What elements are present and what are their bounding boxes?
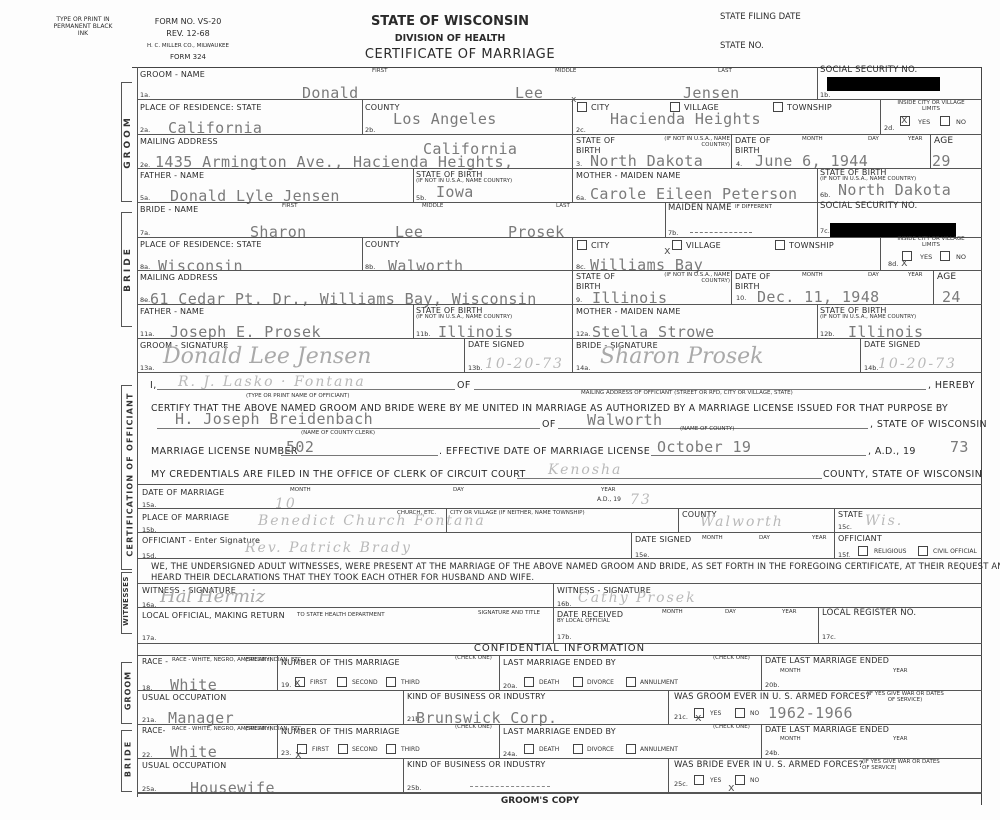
state-of-wisconsin-label: , STATE OF WISCONSIN bbox=[870, 419, 987, 430]
bride-age-label: AGE bbox=[937, 272, 956, 282]
field-23: 23. bbox=[281, 749, 291, 757]
divider bbox=[761, 655, 762, 690]
officiant-signature-label: OFFICIANT - Enter Signature bbox=[142, 536, 260, 545]
divider bbox=[572, 100, 573, 134]
groom-mother-name[interactable]: Carole Eileen Peterson bbox=[590, 185, 797, 203]
bride-township-label: TOWNSHIP bbox=[789, 241, 834, 250]
divider bbox=[817, 304, 818, 338]
field-7b: 7b. bbox=[668, 229, 678, 237]
bride-last-year-label: YEAR bbox=[893, 737, 907, 743]
bride-first-label: FIRST bbox=[282, 204, 297, 210]
bride-occupation-label: USUAL OCCUPATION bbox=[142, 761, 226, 770]
bride-residence-label: PLACE OF RESIDENCE: STATE bbox=[140, 240, 262, 249]
ad19-label: A.D., 19 bbox=[597, 497, 621, 503]
confidential-title: CONFIDENTIAL INFORMATION bbox=[137, 643, 982, 654]
groom-ended-check-one: (CHECK ONE) bbox=[713, 656, 750, 662]
field-20b: 20b. bbox=[765, 681, 779, 689]
groom-city-check-mark: x bbox=[571, 95, 576, 105]
divider bbox=[572, 134, 573, 168]
divider bbox=[834, 532, 835, 558]
county-hint: (NAME OF COUNTY) bbox=[680, 427, 734, 433]
grid-left-border bbox=[137, 67, 138, 797]
bride-second-marriage-checkbox[interactable] bbox=[338, 744, 348, 754]
divider bbox=[464, 338, 465, 372]
divider bbox=[137, 99, 982, 100]
bride-armed-forces-label: WAS BRIDE EVER IN U. S. ARMED FORCES? bbox=[674, 760, 863, 770]
marriage-month-label: MONTH bbox=[290, 488, 311, 494]
groom-age-label: AGE bbox=[934, 136, 953, 146]
bride-last-ended-label: LAST MARRIAGE ENDED BY bbox=[503, 727, 616, 736]
officiant-name-handwritten[interactable]: R. J. Lasko · Fontana bbox=[178, 374, 366, 390]
divider bbox=[860, 338, 861, 372]
middle-label: MIDDLE bbox=[555, 69, 576, 75]
divider bbox=[362, 237, 363, 270]
state-filing-date-label: STATE FILING DATE bbox=[720, 12, 801, 22]
copy-label: GROOM'S COPY bbox=[470, 796, 610, 806]
groom-race-label: RACE - bbox=[142, 657, 168, 666]
county-clerk-name[interactable]: H. Joseph Breidenbach bbox=[175, 410, 373, 428]
groom-name-label: GROOM - NAME bbox=[140, 70, 205, 79]
form-bottom-border bbox=[137, 792, 982, 794]
field-5b: 5b. bbox=[416, 194, 426, 202]
groom-second-marriage-checkbox[interactable] bbox=[337, 677, 347, 687]
groom-armed-yes-label: YES bbox=[710, 711, 721, 717]
field-1a: 1a. bbox=[140, 91, 150, 99]
field-3: 3. bbox=[576, 160, 582, 168]
bride-armed-yes-checkbox[interactable] bbox=[694, 775, 704, 785]
bride-last-label: LAST bbox=[556, 204, 570, 210]
field-11b: 11b. bbox=[416, 330, 430, 338]
ink-instructions: TYPE OR PRINT IN PERMANENT BLACK INK bbox=[48, 17, 118, 38]
officiant-signature[interactable]: Rev. Patrick Brady bbox=[245, 540, 412, 556]
marriage-year-label: YEAR bbox=[601, 488, 615, 494]
groom-last-year-label: YEAR bbox=[893, 669, 907, 675]
divider bbox=[678, 508, 679, 532]
place-of-marriage[interactable]: Benedict Church Fontana bbox=[258, 513, 486, 529]
hereby-label: , HEREBY bbox=[928, 380, 975, 391]
field-25b: 25b. bbox=[407, 784, 421, 792]
divider bbox=[137, 558, 982, 559]
day-label: DAY bbox=[868, 137, 879, 143]
officiant-of-label: OF bbox=[457, 380, 471, 391]
witness1-signature[interactable]: Hal Hermiz bbox=[160, 586, 265, 607]
divider bbox=[817, 168, 818, 202]
clerk-line bbox=[157, 428, 540, 429]
bride-second-label: SECOND bbox=[352, 747, 378, 753]
field-1b: 1b. bbox=[820, 91, 830, 99]
field-2b: 2b. bbox=[365, 126, 375, 134]
place-of-marriage-label: PLACE OF MARRIAGE bbox=[142, 513, 229, 522]
officiant-address-hint: MAILING ADDRESS OF OFFICIANT (STREET OR … bbox=[581, 391, 793, 397]
by-local-official-label: BY LOCAL OFFICIAL bbox=[557, 619, 610, 625]
witness-statement-line1: WE, THE UNDERSIGNED ADULT WITNESSES, WER… bbox=[151, 561, 1000, 571]
divider bbox=[277, 655, 278, 690]
bride-occupation[interactable]: Housewife bbox=[190, 779, 275, 797]
divider bbox=[933, 270, 934, 304]
groom-death-label: DEATH bbox=[539, 680, 559, 686]
license-number-label: MARRIAGE LICENSE NUMBER bbox=[151, 446, 298, 457]
divider bbox=[137, 690, 982, 691]
officiant-name-hint: (TYPE OR PRINT NAME OF OFFICIANT) bbox=[246, 394, 350, 400]
field-8d: 8d. bbox=[888, 260, 898, 268]
divider bbox=[137, 270, 982, 271]
religious-checkbox[interactable] bbox=[858, 546, 868, 556]
bride-village-label: VILLAGE bbox=[686, 241, 721, 250]
date-of-marriage-label: DATE OF MARRIAGE bbox=[142, 488, 224, 497]
divider bbox=[665, 202, 666, 237]
groom-city-checkbox[interactable] bbox=[577, 102, 587, 112]
field-20a: 20a. bbox=[503, 682, 517, 690]
bride-mother-label: MOTHER - MAIDEN NAME bbox=[576, 307, 681, 316]
groom-business-label: KIND OF BUSINESS OR INDUSTRY bbox=[407, 692, 546, 701]
state-no-label: STATE NO. bbox=[720, 41, 764, 51]
bride-first-check-mark: x bbox=[295, 748, 302, 761]
groom-side-label: GROOM bbox=[123, 112, 133, 172]
bride-maiden-dashes[interactable] bbox=[690, 232, 752, 233]
field-11a: 11a. bbox=[140, 330, 154, 338]
field-13a: 13a. bbox=[140, 364, 154, 372]
witness2-signature[interactable]: Cathy Prosek bbox=[578, 590, 697, 606]
ad-label: , A.D., 19 bbox=[868, 446, 916, 457]
officiant-day-label: DAY bbox=[759, 536, 770, 542]
bride-check-one: (CHECK ONE) bbox=[455, 725, 492, 731]
groom-confidential-side-label: GROOM bbox=[124, 661, 133, 721]
groom-father-birth[interactable]: Iowa bbox=[436, 183, 474, 201]
bride-ended-check-one: (CHECK ONE) bbox=[713, 725, 750, 731]
field-2c: 2c. bbox=[576, 126, 586, 134]
bride-inside-limits-no-checkbox[interactable] bbox=[940, 251, 950, 261]
bride-armed-no-checkbox[interactable] bbox=[735, 775, 745, 785]
groom-divorce-label: DIVORCE bbox=[587, 680, 614, 686]
divider bbox=[413, 304, 414, 338]
bride-county[interactable]: Walworth bbox=[388, 257, 463, 275]
yes-label: YES bbox=[918, 119, 930, 126]
divider bbox=[668, 758, 669, 792]
printer-name: H. C. MILLER CO., MILWAUKEE bbox=[118, 43, 258, 49]
groom-city[interactable]: Hacienda Heights bbox=[610, 110, 761, 128]
groom-date-last-ended-label: DATE LAST MARRIAGE ENDED bbox=[765, 656, 889, 665]
bride-township-checkbox[interactable] bbox=[775, 240, 785, 250]
field-24a: 24a. bbox=[503, 750, 517, 758]
bride-yes-label: YES bbox=[920, 254, 932, 261]
field-21c: 21c. bbox=[674, 713, 688, 721]
groom-last-ended-label: LAST MARRIAGE ENDED BY bbox=[503, 658, 616, 667]
divider bbox=[362, 100, 363, 134]
bride-county-label: COUNTY bbox=[365, 240, 400, 249]
bride-business-dashes[interactable] bbox=[470, 786, 550, 787]
bride-death-checkbox[interactable] bbox=[524, 744, 534, 754]
field-24b: 24b. bbox=[765, 749, 779, 757]
divider bbox=[880, 100, 881, 134]
bride-divorce-checkbox[interactable] bbox=[573, 744, 583, 754]
credentials-statement: MY CREDENTIALS ARE FILED IN THE OFFICE O… bbox=[151, 469, 526, 480]
divider bbox=[403, 690, 404, 724]
divider bbox=[834, 508, 835, 532]
bride-month-label: MONTH bbox=[802, 273, 823, 279]
divider bbox=[137, 237, 982, 238]
groom-armed-yes-check-mark: x bbox=[695, 711, 702, 724]
page-title: CERTIFICATE OF MARRIAGE bbox=[330, 47, 590, 62]
groom-occupation-label: USUAL OCCUPATION bbox=[142, 693, 226, 702]
divider bbox=[572, 168, 573, 202]
groom-inside-limits-no-checkbox[interactable] bbox=[940, 116, 950, 126]
divider bbox=[631, 532, 632, 558]
groom-third-label: THIRD bbox=[401, 680, 420, 686]
officiant-side-label: CERTIFICATION OF OFFICIANT bbox=[126, 385, 135, 565]
bride-middle-name[interactable]: Lee bbox=[395, 223, 423, 241]
form-revision: REV. 12-68 bbox=[148, 29, 228, 38]
bride-third-label: THIRD bbox=[401, 747, 420, 753]
first-label: FIRST bbox=[372, 69, 387, 75]
groom-if-yes-hint: (IF YES GIVE WAR OR DATES OF SERVICE) bbox=[865, 692, 945, 704]
marriage-day-label: DAY bbox=[453, 488, 464, 494]
bride-mailing-label: MAILING ADDRESS bbox=[140, 273, 218, 282]
field-12b: 12b. bbox=[820, 330, 834, 338]
divider bbox=[572, 338, 573, 372]
divider bbox=[137, 134, 982, 135]
credentials-line bbox=[517, 478, 822, 479]
month-label: MONTH bbox=[802, 137, 823, 143]
bride-race-label: RACE- bbox=[142, 726, 166, 735]
state-heading: STATE OF WISCONSIN bbox=[330, 14, 570, 29]
groom-first-check-mark: x bbox=[294, 676, 301, 689]
groom-armed-no-checkbox[interactable] bbox=[735, 708, 745, 718]
last-label: LAST bbox=[718, 69, 732, 75]
field-15c: 15c. bbox=[838, 523, 852, 531]
groom-race[interactable]: White bbox=[170, 676, 217, 694]
divider bbox=[137, 484, 982, 485]
clerk-of-label: OF bbox=[542, 419, 556, 430]
field-14b: 14b. bbox=[864, 364, 878, 372]
bride-first-label: FIRST bbox=[312, 747, 329, 753]
field-5a: 5a. bbox=[140, 194, 150, 202]
license-number[interactable]: 502 bbox=[286, 438, 314, 456]
divider bbox=[137, 372, 982, 373]
bride-number-marriage-label: NUMBER OF THIS MARRIAGE bbox=[281, 727, 400, 736]
officiant-year-label: YEAR bbox=[812, 536, 826, 542]
county-state-label: COUNTY, STATE OF WISCONSIN bbox=[823, 469, 982, 480]
field-17a: 17a. bbox=[142, 634, 156, 642]
divider bbox=[817, 67, 818, 100]
groom-check-one: (CHECK ONE) bbox=[455, 656, 492, 662]
division-heading: DIVISION OF HEALTH bbox=[330, 33, 570, 44]
divider bbox=[553, 583, 554, 607]
effective-date-label: . EFFECTIVE DATE OF MARRIAGE LICENSE bbox=[439, 446, 650, 457]
bride-specify: (SPECIFY) bbox=[245, 727, 272, 733]
field-2a: 2a. bbox=[140, 126, 150, 134]
field-7c: 7c. bbox=[820, 227, 830, 235]
local-register-label: LOCAL REGISTER NO. bbox=[822, 608, 916, 618]
field-9: 9. bbox=[576, 296, 582, 304]
bride-father-label: FATHER - NAME bbox=[140, 307, 204, 316]
groom-mother-birth[interactable]: North Dakota bbox=[838, 181, 951, 199]
bride-mother-if-not-usa: (IF NOT IN U.S.A., NAME COUNTRY) bbox=[820, 315, 916, 321]
officiant-type-label: OFFICIANT bbox=[838, 534, 882, 543]
bride-signature[interactable]: Sharon Prosek bbox=[600, 344, 764, 369]
divider bbox=[572, 270, 573, 304]
received-month-label: MONTH bbox=[662, 610, 683, 616]
field-12a: 12a. bbox=[576, 330, 590, 338]
bride-annulment-label: ANNULMENT bbox=[640, 747, 678, 753]
divider bbox=[277, 724, 278, 758]
bride-death-label: DEATH bbox=[539, 747, 559, 753]
place-county[interactable]: Walworth bbox=[700, 514, 784, 530]
divider bbox=[880, 237, 881, 270]
groom-first-label: FIRST bbox=[310, 680, 327, 686]
bride-if-not-usa: (IF NOT IN U.S.A., NAME COUNTRY) bbox=[664, 273, 730, 285]
groom-city-label: CITY bbox=[591, 103, 610, 112]
divider bbox=[553, 607, 554, 643]
received-year-label: YEAR bbox=[782, 610, 796, 616]
groom-ssn-label: SOCIAL SECURITY NO. bbox=[820, 65, 917, 75]
groom-armed-forces-label: WAS GROOM EVER IN U. S. ARMED FORCES? bbox=[674, 692, 870, 702]
marriage-year[interactable]: 73 bbox=[630, 492, 652, 508]
bride-if-different: IF DIFFERENT bbox=[735, 205, 772, 211]
bride-date-signed-label: DATE SIGNED bbox=[864, 340, 920, 349]
divider bbox=[572, 304, 573, 338]
groom-inside-yes-check-mark: x bbox=[901, 113, 908, 126]
divider bbox=[930, 134, 931, 168]
field-14a: 14a. bbox=[576, 364, 590, 372]
bride-ssn-redacted bbox=[830, 223, 956, 237]
divider bbox=[499, 655, 500, 690]
field-17c: 17c. bbox=[822, 633, 836, 641]
to-state-health-label: TO STATE HEALTH DEPARTMENT bbox=[297, 613, 385, 619]
groom-specify: (SPECIFY) bbox=[245, 658, 272, 664]
bride-city-label: CITY bbox=[591, 241, 610, 250]
field-17b: 17b. bbox=[557, 633, 571, 641]
bride-divorce-label: DIVORCE bbox=[587, 747, 614, 753]
clerk-hint: (NAME OF COUNTY CLERK) bbox=[301, 431, 375, 437]
bride-armed-yes-label: YES bbox=[710, 778, 721, 784]
groom-annulment-label: ANNULMENT bbox=[640, 680, 678, 686]
civil-official-label: CIVIL OFFICIAL bbox=[933, 549, 977, 555]
officiant-month-label: MONTH bbox=[702, 536, 723, 542]
groom-death-checkbox[interactable] bbox=[524, 677, 534, 687]
bride-no-label: NO bbox=[956, 254, 966, 261]
officiant-i-label: I, bbox=[150, 380, 157, 391]
witness-statement-line2: HEARD THEIR DECLARATIONS THAT THEY TOOK … bbox=[151, 572, 534, 582]
groom-service-dates[interactable]: 1962-1966 bbox=[768, 704, 853, 722]
religious-label: RELIGIOUS bbox=[874, 549, 906, 555]
bride-day-label: DAY bbox=[868, 273, 879, 279]
field-21a: 21a. bbox=[142, 716, 156, 724]
field-8e: 8e. bbox=[140, 296, 150, 304]
civil-official-checkbox[interactable] bbox=[918, 546, 928, 556]
field-6b: 6b. bbox=[820, 191, 830, 199]
bride-first-name[interactable]: Sharon bbox=[250, 223, 307, 241]
groom-father-label: FATHER - NAME bbox=[140, 171, 204, 180]
divider bbox=[137, 508, 982, 509]
field-7a: 7a. bbox=[140, 229, 150, 237]
place-state-label: STATE bbox=[838, 510, 863, 519]
bride-village-checkbox[interactable] bbox=[672, 240, 682, 250]
field-25c: 25c. bbox=[674, 780, 688, 788]
groom-inside-limits-label: INSIDE CITY OR VILLAGE LIMITS bbox=[896, 101, 966, 113]
divider bbox=[137, 338, 982, 339]
field-6a: 6a. bbox=[576, 194, 586, 202]
bride-father-if-not-usa: (IF NOT IN U.S.A., NAME COUNTRY) bbox=[416, 315, 512, 321]
field-10: 10. bbox=[736, 294, 746, 302]
form-324: FORM 324 bbox=[148, 53, 228, 61]
bride-maiden-label: MAIDEN NAME bbox=[668, 203, 732, 213]
received-day-label: DAY bbox=[725, 610, 736, 616]
bride-year-label: YEAR bbox=[908, 273, 922, 279]
place-state[interactable]: Wis. bbox=[865, 513, 903, 529]
license-county-name[interactable]: Walworth bbox=[587, 411, 662, 429]
groom-township-label: TOWNSHIP bbox=[787, 103, 832, 112]
bride-middle-label: MIDDLE bbox=[422, 204, 443, 210]
bride-annulment-checkbox[interactable] bbox=[626, 744, 636, 754]
groom-date-signed-label: DATE SIGNED bbox=[468, 340, 524, 349]
year-label: YEAR bbox=[908, 137, 922, 143]
divider bbox=[499, 724, 500, 758]
groom-armed-no-label: NO bbox=[750, 711, 759, 717]
groom-if-not-usa: (IF NOT IN U.S.A., NAME COUNTRY) bbox=[664, 137, 730, 149]
bride-side-label: BRIDE bbox=[123, 239, 133, 299]
groom-third-marriage-checkbox[interactable] bbox=[386, 677, 396, 687]
bride-inside-yes-check-mark: x bbox=[901, 256, 908, 269]
bride-confidential-side-label: BRIDE bbox=[124, 729, 133, 789]
bride-city-checkbox[interactable] bbox=[577, 240, 587, 250]
groom-signature[interactable]: Donald Lee Jensen bbox=[163, 344, 371, 369]
divider bbox=[817, 202, 818, 237]
divider bbox=[137, 583, 982, 584]
effective-date[interactable]: October 19 bbox=[657, 438, 751, 456]
groom-last-month-label: MONTH bbox=[780, 669, 801, 675]
divider bbox=[413, 168, 414, 202]
bride-business-label: KIND OF BUSINESS OR INDUSTRY bbox=[407, 760, 546, 769]
field-4: 4. bbox=[736, 160, 742, 168]
divider bbox=[572, 237, 573, 270]
credentials-county[interactable]: Kenosha bbox=[548, 462, 622, 478]
bride-name-label: BRIDE - NAME bbox=[140, 205, 198, 214]
groom-annulment-checkbox[interactable] bbox=[626, 677, 636, 687]
bride-armed-no-label: NO bbox=[750, 778, 759, 784]
groom-township-checkbox[interactable] bbox=[773, 102, 783, 112]
field-2d: 2d. bbox=[884, 124, 894, 132]
bride-date-signed[interactable]: 10-20-73 bbox=[878, 356, 957, 372]
groom-number-marriage-label: NUMBER OF THIS MARRIAGE bbox=[281, 658, 400, 667]
license-year[interactable]: 73 bbox=[950, 438, 969, 456]
bride-third-marriage-checkbox[interactable] bbox=[386, 744, 396, 754]
signature-title-label: SIGNATURE AND TITLE bbox=[478, 611, 540, 617]
divider bbox=[731, 270, 732, 304]
witnesses-side-label: WITNESSES bbox=[122, 561, 130, 641]
groom-second-label: SECOND bbox=[352, 680, 378, 686]
divider bbox=[818, 607, 819, 643]
groom-date-signed[interactable]: 10-20-73 bbox=[485, 356, 564, 372]
groom-residence-label: PLACE OF RESIDENCE: STATE bbox=[140, 103, 262, 112]
divider bbox=[137, 304, 982, 305]
officiant-date-signed-label: DATE SIGNED bbox=[635, 535, 691, 544]
divider bbox=[668, 690, 669, 724]
groom-county[interactable]: Los Angeles bbox=[393, 110, 497, 128]
bride-date-last-ended-label: DATE LAST MARRIAGE ENDED bbox=[765, 725, 889, 734]
divider bbox=[761, 724, 762, 758]
divider bbox=[137, 532, 982, 533]
bride-last-name[interactable]: Prosek bbox=[508, 223, 565, 241]
divider bbox=[403, 758, 404, 792]
no-label: NO bbox=[956, 119, 966, 126]
bride-inside-limits-label: INSIDE CITY OR VILLAGE LIMITS bbox=[896, 237, 966, 249]
marriage-month[interactable]: 10 bbox=[275, 496, 297, 512]
field-13b: 13b. bbox=[468, 364, 482, 372]
bride-last-month-label: MONTH bbox=[780, 737, 801, 743]
groom-ssn-redacted bbox=[827, 77, 940, 91]
groom-divorce-checkbox[interactable] bbox=[573, 677, 583, 687]
divider bbox=[731, 134, 732, 168]
